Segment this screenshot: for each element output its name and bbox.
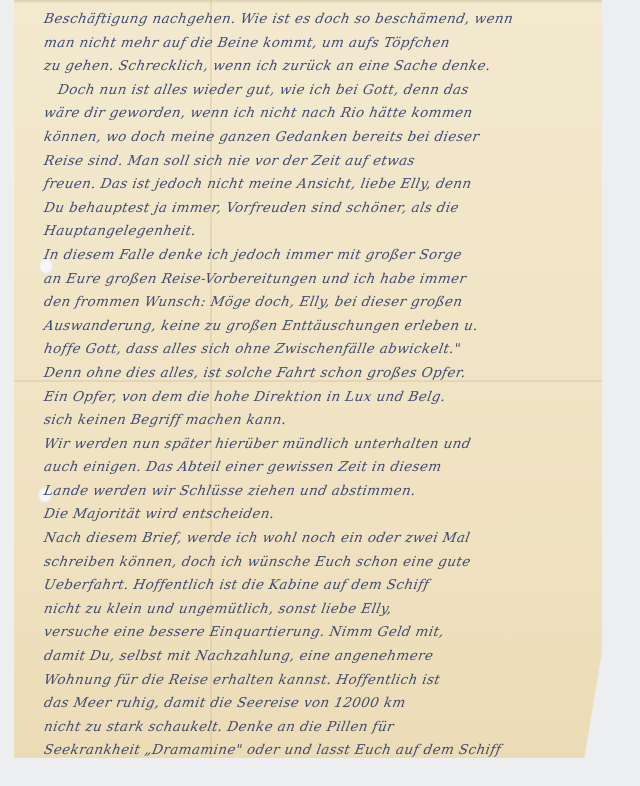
text-line: auch einigen. Das Abteil einer gewissen … (42, 456, 606, 480)
text-line: In diesem Falle denke ich jedoch immer m… (42, 244, 606, 268)
text-line: nicht zu klein und ungemütlich, sonst li… (42, 598, 606, 622)
text-line: Lande werden wir Schlüsse ziehen und abs… (42, 480, 606, 504)
text-line: den frommen Wunsch: Möge doch, Elly, bei… (42, 291, 606, 315)
text-line: Wir werden nun später hierüber mündlich … (42, 433, 606, 457)
text-line: an Eure großen Reise-Vorbereitungen und … (42, 268, 606, 292)
text-line: wäre dir geworden, wenn ich nicht nach R… (42, 102, 606, 126)
text-line: nicht zu stark schaukelt. Denke an die P… (42, 716, 606, 740)
text-line: Du behauptest ja immer, Vorfreuden sind … (42, 197, 606, 221)
text-line: Seekrankheit „Dramamine" oder und lasst … (42, 739, 606, 763)
text-line: Die Majorität wird entscheiden. (42, 503, 606, 527)
text-line: können, wo doch meine ganzen Gedanken be… (42, 126, 606, 150)
text-line: sich keinen Begriff machen kann. (42, 409, 606, 433)
text-line: damit Du, selbst mit Nachzahlung, eine a… (42, 645, 606, 669)
text-line: Ueberfahrt. Hoffentlich ist die Kabine a… (42, 574, 606, 598)
text-line: Hauptangelegenheit. (42, 220, 606, 244)
text-line: Wohnung für die Reise erhalten kannst. H… (42, 669, 606, 693)
text-line: versuche eine bessere Einquartierung. Ni… (42, 621, 606, 645)
text-line: Beschäftigung nachgehen. Wie ist es doch… (42, 8, 606, 32)
text-line: Ein Opfer, von dem die hohe Direktion in… (42, 386, 606, 410)
text-line: das Meer ruhig, damit die Seereise von 1… (42, 692, 606, 716)
letter-page: Beschäftigung nachgehen. Wie ist es doch… (14, 0, 602, 758)
text-line: Denn ohne dies alles, ist solche Fahrt s… (42, 362, 606, 386)
text-line: schreiben können, doch ich wünsche Euch … (42, 551, 606, 575)
text-line: Doch nun ist alles wieder gut, wie ich b… (42, 79, 606, 103)
text-line: lesen „Vasana" (Schweizer Produkt) (42, 763, 606, 786)
text-line: hoffe Gott, dass alles sich ohne Zwische… (42, 338, 606, 362)
text-line: Reise sind. Man soll sich nie vor der Ze… (42, 150, 606, 174)
text-line: freuen. Das ist jedoch nicht meine Ansic… (42, 173, 606, 197)
handwritten-text: Beschäftigung nachgehen. Wie ist es doch… (44, 8, 604, 786)
text-line: man nicht mehr auf die Beine kommt, um a… (42, 32, 606, 56)
text-line: Auswanderung, keine zu großen Enttäuschu… (42, 315, 606, 339)
text-line: zu gehen. Schrecklich, wenn ich zurück a… (42, 55, 606, 79)
text-line: Nach diesem Brief, werde ich wohl noch e… (42, 527, 606, 551)
